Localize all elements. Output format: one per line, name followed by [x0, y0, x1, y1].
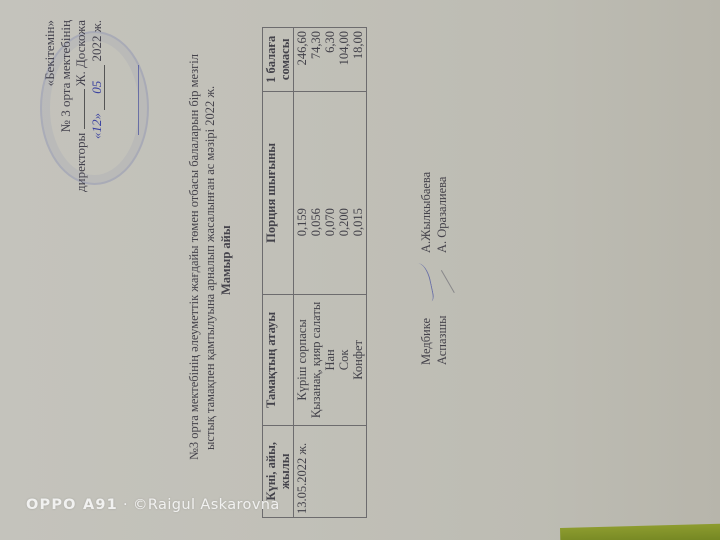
signatures-block: Медбике А.Жылкыбаева Аспазшы А. Оразалие…: [418, 172, 450, 365]
portion-value: 0,015: [351, 95, 365, 237]
signature-nurse: Медбике А.Жылкыбаева: [418, 172, 434, 365]
cell-costs: 246,60 74,30 6,30 104,00 18,00: [294, 28, 367, 92]
cost-value: 246,60: [295, 31, 309, 88]
dish-item: Нан: [323, 298, 337, 421]
cost-value: 18,00: [351, 31, 365, 88]
portion-value: 0,159: [295, 95, 309, 237]
cell-dishes: Күріш сорпасы Қызанақ, қияр салаты Нан С…: [294, 295, 367, 425]
title-month: Мамыр айы: [218, 20, 234, 520]
header-portion: Порция шығыны: [263, 91, 294, 295]
approval-date: «12» 05 2022 ж.: [89, 20, 106, 210]
document-page: «Бекітемін» № 3 орта мектебінің директор…: [0, 0, 720, 540]
cost-value: 74,30: [309, 31, 323, 88]
nurse-signature-mark: [418, 253, 434, 305]
dish-item: Сок: [337, 298, 351, 421]
director-signature: [108, 65, 139, 135]
approval-director: директоры Ж. Доскожа: [73, 20, 89, 210]
cost-value: 104,00: [337, 31, 351, 88]
header-dish: Тамақтың атауы: [263, 295, 294, 425]
cost-value: 6,30: [323, 31, 337, 88]
approval-block: «Бекітемін» № 3 орта мектебінің директор…: [42, 20, 105, 210]
dish-item: Конфет: [351, 298, 365, 421]
approval-heading: «Бекітемін»: [42, 20, 58, 210]
cell-portions: 0,159 0,056 0,070 0,200 0,015: [294, 91, 367, 295]
table-header-row: Күні, айы, жылы Тамақтың атауы Порция шы…: [263, 28, 294, 518]
header-cost: 1 балаға сомасы: [263, 28, 294, 92]
cook-signature-mark: [434, 253, 450, 305]
camera-watermark: OPPO A91 · ©Raigul Askarovna: [26, 497, 280, 513]
title-line-1: №3 орта мектебінің әлеуметтік жағдайы тө…: [186, 20, 202, 520]
dish-item: Күріш сорпасы: [295, 298, 309, 421]
photo-credit: ©Raigul Askarovna: [133, 497, 280, 513]
dish-item: Қызанақ, қияр салаты: [309, 298, 323, 421]
signature-cook: Аспазшы А. Оразалиева: [434, 172, 450, 365]
portion-value: 0,056: [309, 95, 323, 237]
cell-date: 13.05.2022 ж.: [294, 425, 367, 517]
camera-brand: OPPO A91: [26, 497, 118, 513]
title-line-2: ыстық тамақпен қамтылуына арналып жасалы…: [202, 20, 218, 520]
menu-table: Күні, айы, жылы Тамақтың атауы Порция шы…: [262, 27, 367, 518]
portion-value: 0,070: [323, 95, 337, 237]
portion-value: 0,200: [337, 95, 351, 237]
table-row: 13.05.2022 ж. Күріш сорпасы Қызанақ, қия…: [294, 28, 367, 518]
approval-school: № 3 орта мектебінің: [58, 20, 74, 210]
document-title: №3 орта мектебінің әлеуметтік жағдайы тө…: [186, 20, 234, 520]
